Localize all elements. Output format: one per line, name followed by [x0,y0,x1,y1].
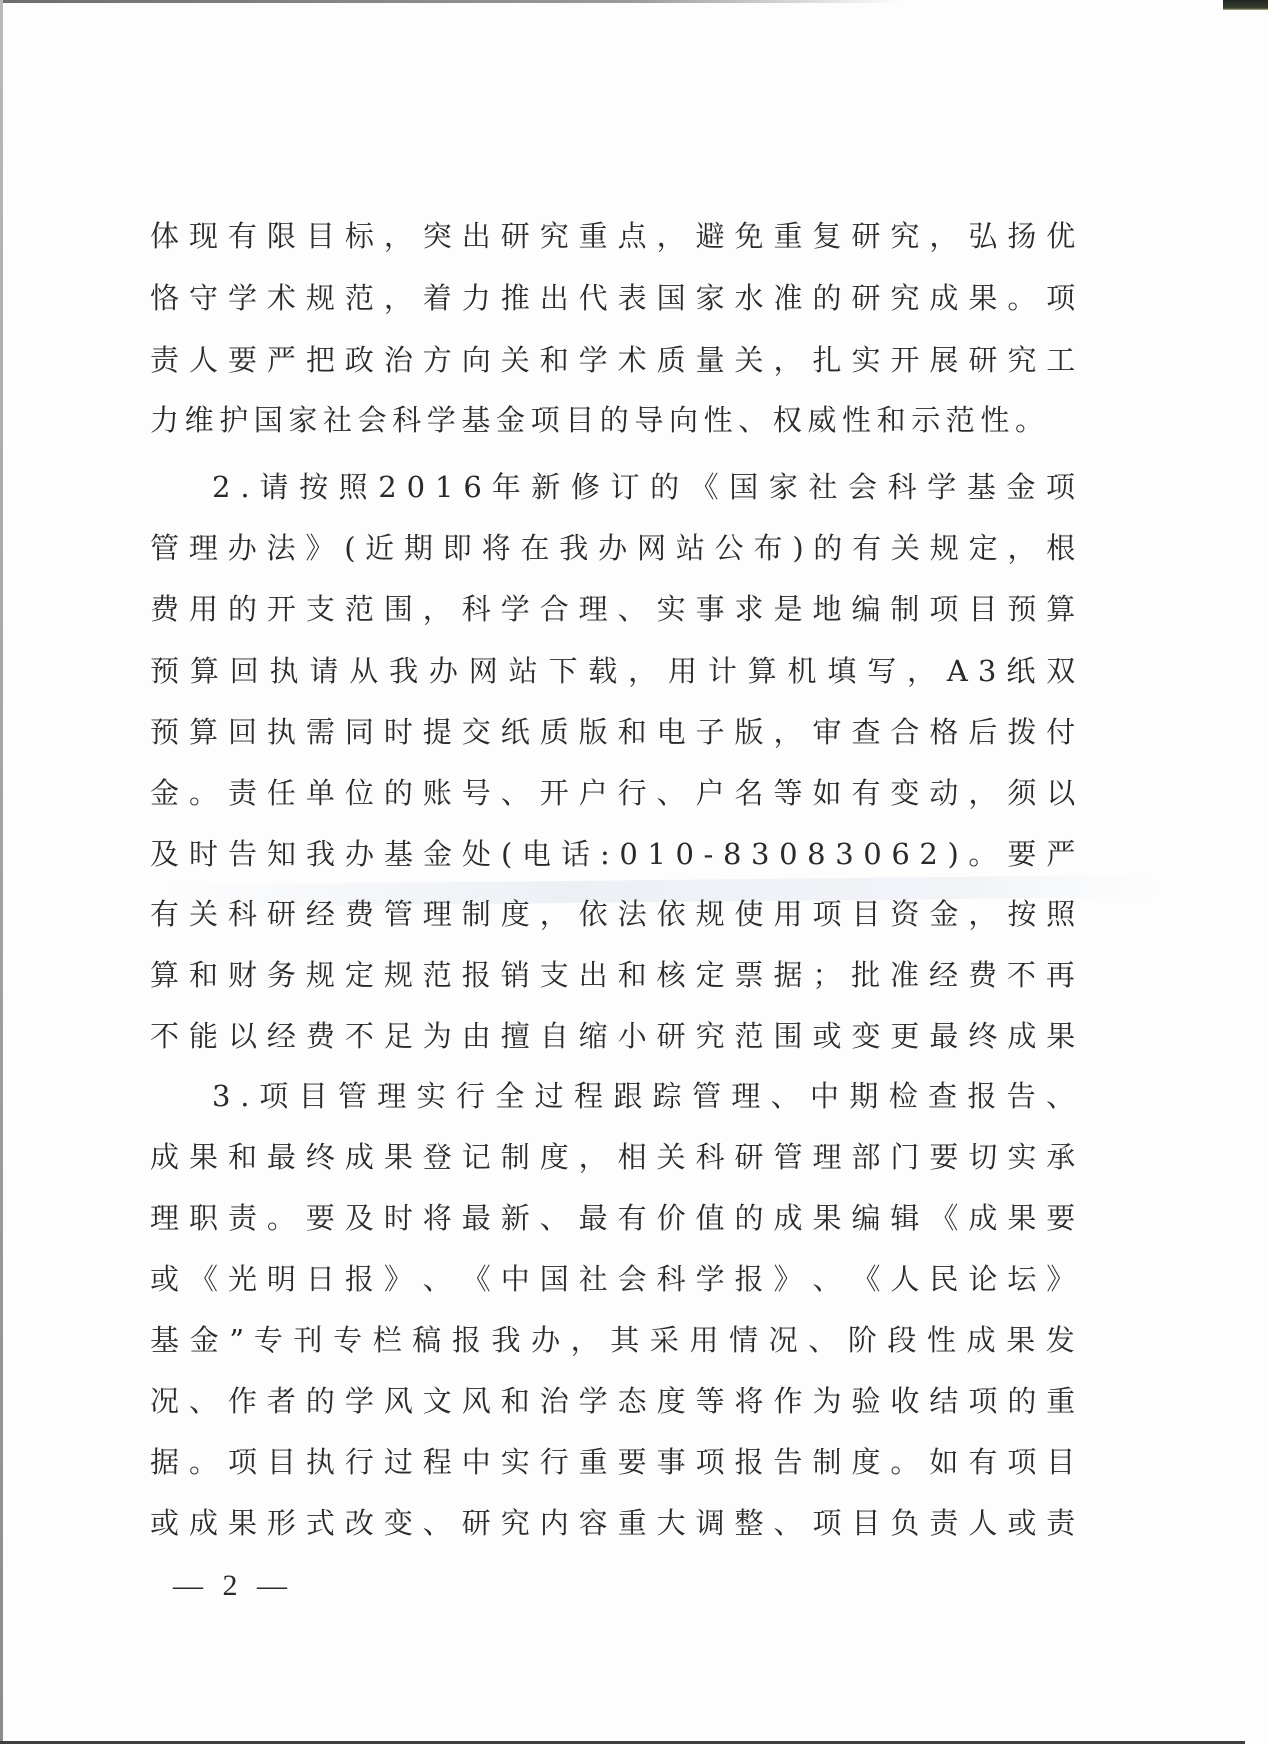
text-line: 及 时 告 知 我 办 基 金 处 ( 电 话 : 0 1 0 - 8 3 0 … [150,834,1075,874]
text-line: 有 关 科 研 经 费 管 理 制 度 ， 依 法 依 规 使 用 项 目 资 … [150,894,1075,934]
text-line: 管 理 办 法 》 ( 近 期 即 将 在 我 办 网 站 公 布 ) 的 有 … [150,528,1075,568]
text-line: 据 。 项 目 执 行 过 程 中 实 行 重 要 事 项 报 告 制 度 。 … [150,1442,1075,1482]
text-line: 或 《 光 明 日 报 》 、 《 中 国 社 会 科 学 报 》 、 《 人 … [150,1259,1075,1299]
text-line: 力维护国家社会科学基金项目的导向性、权威性和示范性。 [150,400,1075,440]
text-line: 预 算 回 执 需 同 时 提 交 纸 质 版 和 电 子 版 ， 审 查 合 … [150,712,1075,752]
text-line: 况 、 作 者 的 学 风 文 风 和 治 学 态 度 等 将 作 为 验 收 … [150,1381,1075,1421]
scan-edge-top [0,0,900,3]
scan-corner-shadow [1223,0,1268,10]
text-line: 或 成 果 形 式 改 变 、 研 究 内 容 重 大 调 整 、 项 目 负 … [150,1503,1075,1543]
text-line: 理 职 责 。 要 及 时 将 最 新 、 最 有 价 值 的 成 果 编 辑 … [150,1198,1075,1238]
page-number: — 2 — [173,1566,293,1606]
text-line: 算 和 财 务 规 定 规 范 报 销 支 出 和 核 定 票 据 ； 批 准 … [150,955,1075,995]
scan-edge-left [0,0,3,1744]
text-line: 恪 守 学 术 规 范 ， 着 力 推 出 代 表 国 家 水 准 的 研 究 … [150,278,1075,318]
text-line: 不 能 以 经 费 不 足 为 由 擅 自 缩 小 研 究 范 围 或 变 更 … [150,1016,1075,1056]
text-line: 2 . 请 按 照 2 0 1 6 年 新 修 订 的 《 国 家 社 会 科 … [212,467,1075,507]
text-line: 体 现 有 限 目 标 ， 突 出 研 究 重 点 ， 避 免 重 复 研 究 … [150,216,1075,256]
text-line: 基 金 ” 专 刊 专 栏 稿 报 我 办 ， 其 采 用 情 况 、 阶 段 … [150,1320,1075,1360]
text-line: 金 。 责 任 单 位 的 账 号 、 开 户 行 、 户 名 等 如 有 变 … [150,773,1075,813]
text-line: 预 算 回 执 请 从 我 办 网 站 下 载 ， 用 计 算 机 填 写 ， … [150,651,1075,691]
text-line: 责 人 要 严 把 政 治 方 向 关 和 学 术 质 量 关 ， 扎 实 开 … [150,340,1075,380]
scanned-page: 体 现 有 限 目 标 ， 突 出 研 究 重 点 ， 避 免 重 复 研 究 … [0,0,1268,1744]
text-line: 3 . 项 目 管 理 实 行 全 过 程 跟 踪 管 理 、 中 期 检 查 … [212,1076,1075,1116]
text-line: 成 果 和 最 终 成 果 登 记 制 度 ， 相 关 科 研 管 理 部 门 … [150,1137,1075,1177]
text-line: 费 用 的 开 支 范 围 ， 科 学 合 理 、 实 事 求 是 地 编 制 … [150,589,1075,629]
